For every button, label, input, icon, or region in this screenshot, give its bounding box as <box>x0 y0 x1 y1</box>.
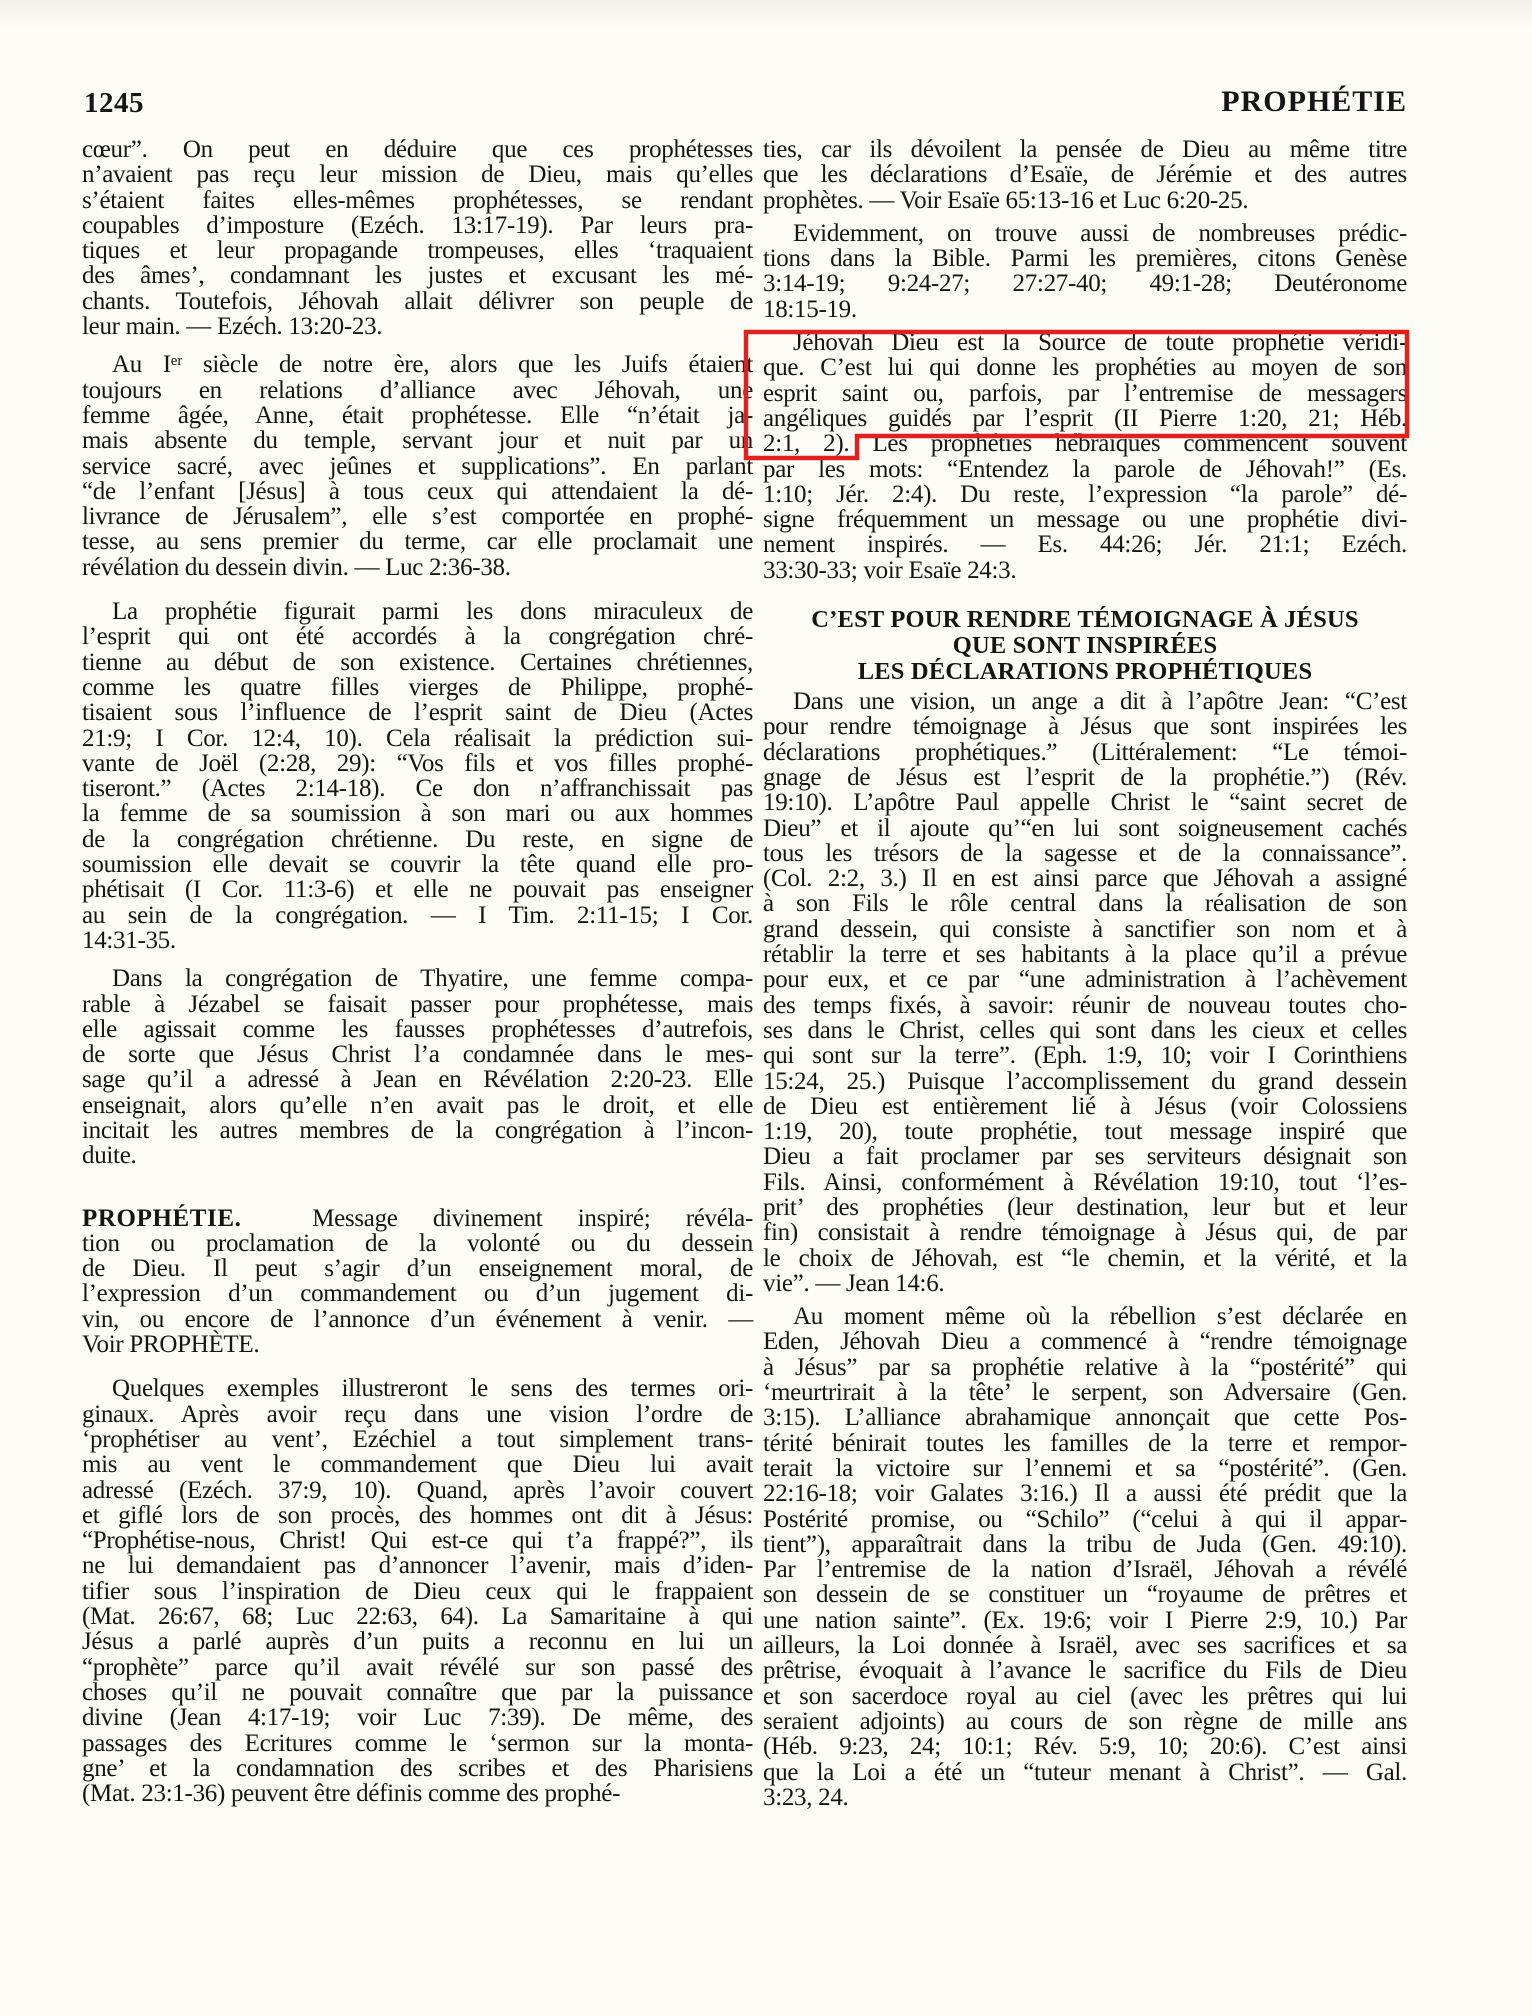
text-line: tiseront.” (Actes 2:14-18). Ce don n’aff… <box>82 776 753 801</box>
text-line: 22:16-18; voir Galates 3:16.) Il a aussi… <box>763 1481 1407 1506</box>
text-line: gne’ et la condamnation des scribes et d… <box>82 1756 753 1781</box>
text-line: nement inspirés. — Es. 44:26; Jér. 21:1;… <box>763 532 1407 557</box>
text-line: et son sacerdoce royal au ciel (avec les… <box>763 1684 1407 1709</box>
text-line: gnage de Jésus est l’esprit de la prophé… <box>763 765 1407 790</box>
text-line: qui sont sur la terre”. (Eph. 1:9, 10; v… <box>763 1043 1407 1068</box>
text-line: elle agissait comme les fausses prophéte… <box>82 1017 753 1042</box>
text-line: service sacré, avec jeûnes et supplicati… <box>82 454 753 479</box>
paragraph: Evidemment, on trouve aussi de nombreuse… <box>763 221 1407 322</box>
text-line: déclarations prophétiques.” (Littéraleme… <box>763 740 1407 765</box>
text-line: Au Iᵉʳ siècle de notre ère, alors que le… <box>82 352 753 377</box>
text-line: (Mat. 23:1-36) peuvent être définis comm… <box>82 1781 753 1806</box>
text-line: rétablir la terre et ses habitants à la … <box>763 942 1407 967</box>
entry-paragraph: PROPHÉTIE. Message divinement inspiré; r… <box>82 1206 753 1358</box>
text-line: tous les trésors de la sagesse et de la … <box>763 841 1407 866</box>
text-line: choses qu’il ne pouvait connaître que pa… <box>82 1680 753 1705</box>
paragraph: Au Iᵉʳ siècle de notre ère, alors que le… <box>82 352 753 580</box>
text-line: adressé (Ezéch. 37:9, 10). Quand, après … <box>82 1478 753 1503</box>
text-line: ties, car ils dévoilent la pensée de Die… <box>763 137 1407 162</box>
text-line: tiques et leur propagande trompeuses, el… <box>82 238 753 263</box>
text-line: son dessein de se constituer un “royaume… <box>763 1582 1407 1607</box>
text-line: enseignait, alors qu’elle n’en avait pas… <box>82 1093 753 1118</box>
text-line: ailleurs, la Loi donnée à Israël, avec s… <box>763 1633 1407 1658</box>
text-line: Dieu” et il ajoute qu’“en lui sont soign… <box>763 816 1407 841</box>
paragraph: La prophétie figurait parmi les dons mir… <box>82 599 753 953</box>
text-line: par les mots: “Entendez la parole de Jéh… <box>763 457 1407 482</box>
document-page: { "page": { "number": "1245", "running_h… <box>0 0 1532 2016</box>
text-line: (Col. 2:2, 3.) Il en est ainsi parce que… <box>763 866 1407 891</box>
text-line: Voir PROPHÈTE. <box>82 1332 753 1357</box>
text-line: tisaient sous l’influence de l’esprit sa… <box>82 700 753 725</box>
text-line: Fils. Ainsi, conformément à Révélation 1… <box>763 1170 1407 1195</box>
text-line: ses dans le Christ, celles qui sont dans… <box>763 1018 1407 1043</box>
text-line: Jéhovah Dieu est la Source de toute prop… <box>763 330 1407 355</box>
text-line: tesse, au sens premier du terme, car ell… <box>82 529 753 554</box>
text-line: prophètes. — Voir Esaïe 65:13-16 et Luc … <box>763 188 1407 213</box>
text-line: PROPHÉTIE. Message divinement inspiré; r… <box>82 1206 753 1231</box>
highlighted-paragraph: Jéhovah Dieu est la Source de toute prop… <box>763 330 1407 583</box>
text-line: LES DÉCLARATIONS PROPHÉTIQUES <box>763 659 1407 685</box>
paragraph: cœur”. On peut en déduire que ces prophé… <box>82 137 753 339</box>
running-head: PROPHÉTIE <box>1221 86 1407 117</box>
text-line: toujours en relations d’alliance avec Jé… <box>82 378 753 403</box>
page-number: 1245 <box>84 88 144 118</box>
text-line: cœur”. On peut en déduire que ces prophé… <box>82 137 753 162</box>
text-line: 18:15-19. <box>763 297 1407 322</box>
text-line: seraient adjoints) au cours de son règne… <box>763 1709 1407 1734</box>
paragraph: Dans une vision, un ange a dit à l’apôtr… <box>763 689 1407 1296</box>
text-line: “de l’enfant [Jésus] à tous ceux qui att… <box>82 479 753 504</box>
text-line: de la congrégation chrétienne. Du reste,… <box>82 827 753 852</box>
text-line: sage qu’il a adressé à Jean en Révélatio… <box>82 1067 753 1092</box>
text-line: Eden, Jéhovah Dieu a commencé à “rendre … <box>763 1329 1407 1354</box>
text-line: 2:1, 2). Les prophéties hébraïques comme… <box>763 431 1407 456</box>
text-line: duite. <box>82 1143 753 1168</box>
text-line: 1:19, 20), toute prophétie, tout message… <box>763 1119 1407 1144</box>
text-line: incitait les autres membres de la congré… <box>82 1118 753 1143</box>
text-line: vie”. — Jean 14:6. <box>763 1271 1407 1296</box>
text-line: vin, ou encore de l’annonce d’un événeme… <box>82 1307 753 1332</box>
text-line: comme les quatre filles vierges de Phili… <box>82 675 753 700</box>
text-line: Dans une vision, un ange a dit à l’apôtr… <box>763 689 1407 714</box>
text-line: Quelques exemples illustreront le sens d… <box>82 1376 753 1401</box>
text-line: des temps fixés, à savoir: réunir de nou… <box>763 993 1407 1018</box>
text-line: s’étaient faites elles-mêmes prophétesse… <box>82 188 753 213</box>
text-line: des âmes’, condamnant les justes et excu… <box>82 263 753 288</box>
text-line: à Jésus” par sa prophétie relative à la … <box>763 1355 1407 1380</box>
text-line: livrance de Jérusalem”, elle s’est compo… <box>82 504 753 529</box>
text-line: soumission elle devait se couvrir la têt… <box>82 852 753 877</box>
text-line: 3:23, 24. <box>763 1785 1407 1810</box>
text-line: ne lui demandaient pas d’annoncer l’aven… <box>82 1553 753 1578</box>
column-right: ties, car ils dévoilent la pensée de Die… <box>763 137 1407 1810</box>
text-line: ginaux. Après avoir reçu dans une vision… <box>82 1402 753 1427</box>
text-line: 14:31-35. <box>82 928 753 953</box>
section-heading: C’EST POUR RENDRE TÉMOIGNAGE À JÉSUSQUE … <box>763 607 1407 685</box>
text-line: n’avaient pas reçu leur mission de Dieu,… <box>82 162 753 187</box>
text-line: 33:30-33; voir Esaïe 24:3. <box>763 558 1407 583</box>
text-line: à son Fils le rôle central dans la réali… <box>763 891 1407 916</box>
text-line: La prophétie figurait parmi les dons mir… <box>82 599 753 624</box>
text-line: passages des Ecritures comme le ‘sermon … <box>82 1731 753 1756</box>
text-line: (Mat. 26:67, 68; Luc 22:63, 64). La Sama… <box>82 1604 753 1629</box>
paragraph: Dans la congrégation de Thyatire, une fe… <box>82 966 753 1168</box>
text-line: Dieu a fait proclamer par ses serviteurs… <box>763 1144 1407 1169</box>
text-line: 21:9; I Cor. 12:4, 10). Cela réalisait l… <box>82 726 753 751</box>
text-line: le choix de Jéhovah, est “le chemin, et … <box>763 1246 1407 1271</box>
text-line: 3:14-19; 9:24-27; 27:27-40; 49:1-28; Deu… <box>763 271 1407 296</box>
text-line: de Dieu. Il peut s’agir d’un enseignemen… <box>82 1256 753 1281</box>
text-line: fin) consistait à rendre témoignage à Jé… <box>763 1220 1407 1245</box>
text-line: au sein de la congrégation. — I Tim. 2:1… <box>82 903 753 928</box>
text-line: “prophète” parce qu’il avait révélé sur … <box>82 1655 753 1680</box>
text-line: “Prophétise-nous, Christ! Qui est-ce qui… <box>82 1528 753 1553</box>
text-line: que. C’est lui qui donne les prophéties … <box>763 355 1407 380</box>
text-line: de sorte que Jésus Christ l’a condamnée … <box>82 1042 753 1067</box>
text-line: chants. Toutefois, Jéhovah allait délivr… <box>82 289 753 314</box>
text-line: femme âgée, Anne, était prophétesse. Ell… <box>82 403 753 428</box>
text-line: vante de Joël (2:28, 29): “Vos fils et v… <box>82 751 753 776</box>
entry-headword: PROPHÉTIE. <box>82 1205 242 1232</box>
text-line: terait la victoire sur l’ennemi et sa “p… <box>763 1456 1407 1481</box>
text-line: l’expression d’un commandement ou d’un j… <box>82 1281 753 1306</box>
text-line: la femme de sa soumission à son mari ou … <box>82 801 753 826</box>
text-line: Dans la congrégation de Thyatire, une fe… <box>82 966 753 991</box>
text-line: de Dieu est entièrement lié à Jésus (voi… <box>763 1094 1407 1119</box>
text-line: prit’ des prophéties (leur destination, … <box>763 1195 1407 1220</box>
text-line: (Héb. 9:23, 24; 10:1; Rév. 5:9, 10; 20:6… <box>763 1734 1407 1759</box>
text-line: Evidemment, on trouve aussi de nombreuse… <box>763 221 1407 246</box>
text-line: Jésus a parlé auprès d’un puits a reconn… <box>82 1629 753 1654</box>
paragraph: Au moment même où la rébellion s’est déc… <box>763 1304 1407 1810</box>
text-line: l’esprit qui ont été accordés à la congr… <box>82 624 753 649</box>
text-line: mis au vent le commandement que Dieu lui… <box>82 1452 753 1477</box>
text-line: révélation du dessein divin. — Luc 2:36-… <box>82 555 753 580</box>
text-line: esprit saint ou, parfois, par l’entremis… <box>763 381 1407 406</box>
text-line: tient”), apparaîtrait dans la tribu de J… <box>763 1532 1407 1557</box>
text-line: angéliques guidés par l’esprit (II Pierr… <box>763 406 1407 431</box>
text-line: signe fréquemment un message ou une prop… <box>763 507 1407 532</box>
text-line: QUE SONT INSPIRÉES <box>763 633 1407 659</box>
text-line: Postérité promise, ou “Schilo” (“celui à… <box>763 1507 1407 1532</box>
paragraph: ties, car ils dévoilent la pensée de Die… <box>763 137 1407 213</box>
text-line: rable à Jézabel se faisait passer pour p… <box>82 992 753 1017</box>
text-line: pour eux, et ce par “une administration … <box>763 967 1407 992</box>
text-line: ‘prophétiser au vent’, Ezéchiel a tout s… <box>82 1427 753 1452</box>
text-line: Au moment même où la rébellion s’est déc… <box>763 1304 1407 1329</box>
text-line: divine (Jean 4:17-19; voir Luc 7:39). De… <box>82 1705 753 1730</box>
text-line: que la Loi a été un “tuteur menant à Chr… <box>763 1760 1407 1785</box>
text-line: et giflé lors de son procès, des hommes … <box>82 1503 753 1528</box>
column-left: cœur”. On peut en déduire que ces prophé… <box>82 137 753 1806</box>
text-line: une nation sainte”. (Ex. 19:6; voir I Pi… <box>763 1608 1407 1633</box>
text-line: ‘meurtrirait à la tête’ le serpent, son … <box>763 1380 1407 1405</box>
text-line: tions dans la Bible. Parmi les premières… <box>763 246 1407 271</box>
text-line: C’EST POUR RENDRE TÉMOIGNAGE À JÉSUS <box>763 607 1407 633</box>
paragraph: Quelques exemples illustreront le sens d… <box>82 1376 753 1806</box>
text-line: 1:10; Jér. 2:4). Du reste, l’expression … <box>763 482 1407 507</box>
text-line: mais absente du temple, servant jour et … <box>82 428 753 453</box>
text-line: pour rendre témoignage à Jésus que sont … <box>763 714 1407 739</box>
text-line: 19:10). L’apôtre Paul appelle Christ le … <box>763 790 1407 815</box>
text-line: que les déclarations d’Esaïe, de Jérémie… <box>763 162 1407 187</box>
text-line: leur main. — Ezéch. 13:20-23. <box>82 314 753 339</box>
text-line: 3:15). L’alliance abrahamique annonçait … <box>763 1405 1407 1430</box>
text-line: prêtrise, évoquait à l’avance le sacrifi… <box>763 1658 1407 1683</box>
text-line: grand dessein, qui consiste à sanctifier… <box>763 917 1407 942</box>
text-line: tifier sous l’inspiration de Dieu ceux q… <box>82 1579 753 1604</box>
text-line: térité bénirait toutes les familles de l… <box>763 1431 1407 1456</box>
text-line: 15:24, 25.) Puisque l’accomplissement du… <box>763 1069 1407 1094</box>
text-line: phétisait (I Cor. 11:3-6) et elle ne pou… <box>82 877 753 902</box>
text-line: coupables d’imposture (Ezéch. 13:17-19).… <box>82 213 753 238</box>
text-line: tion ou proclamation de la volonté ou du… <box>82 1231 753 1256</box>
text-line: Par l’entremise de la nation d’Israël, J… <box>763 1557 1407 1582</box>
text-line: tienne au début de son existence. Certai… <box>82 650 753 675</box>
